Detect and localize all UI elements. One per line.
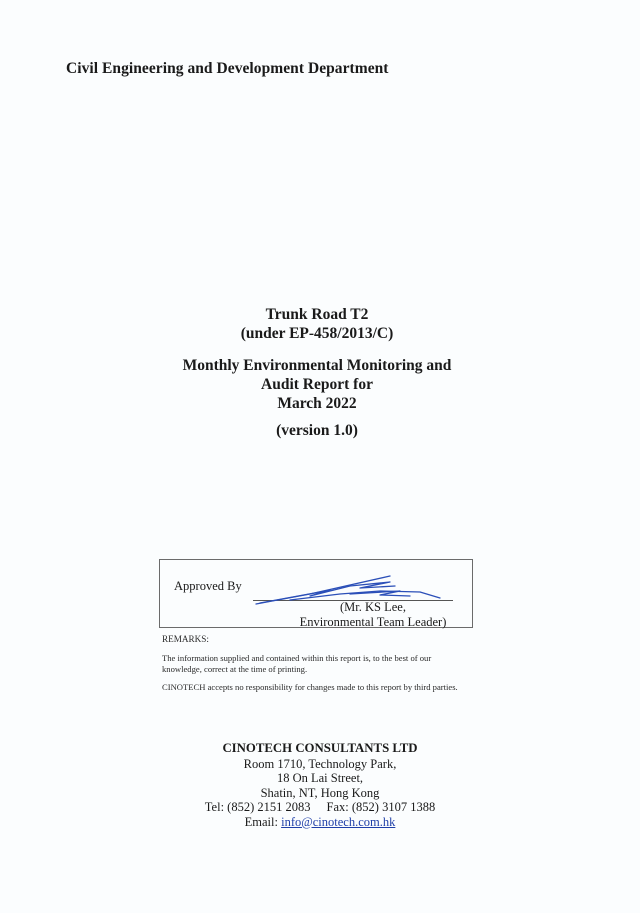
- project-ep-reference: (under EP-458/2013/C): [0, 324, 634, 343]
- approved-by-label: Approved By: [174, 579, 242, 594]
- signatory-name: (Mr. KS Lee,: [253, 600, 493, 615]
- report-title-line-2: Audit Report for: [0, 375, 634, 394]
- remarks-line: The information supplied and contained w…: [162, 653, 431, 663]
- email-line: Email: info@cinotech.com.hk: [0, 815, 640, 830]
- project-title: Trunk Road T2 (under EP-458/2013/C): [0, 305, 634, 343]
- remarks-paragraph-2: CINOTECH accepts no responsibility for c…: [162, 682, 458, 693]
- department-heading: Civil Engineering and Development Depart…: [66, 60, 389, 78]
- signatory: (Mr. KS Lee, Environmental Team Leader): [253, 600, 493, 630]
- project-name: Trunk Road T2: [0, 305, 634, 324]
- approval-box: Approved By (Mr. KS Lee, Environmental T…: [159, 559, 473, 628]
- company-contact: CINOTECH CONSULTANTS LTD Room 1710, Tech…: [0, 741, 640, 829]
- company-name: CINOTECH CONSULTANTS LTD: [0, 741, 640, 756]
- report-version: (version 1.0): [0, 421, 634, 440]
- report-title-line-1: Monthly Environmental Monitoring and: [0, 356, 634, 375]
- email-link[interactable]: info@cinotech.com.hk: [281, 815, 395, 829]
- fax: Fax: (852) 3107 1388: [327, 800, 436, 814]
- address-line-3: Shatin, NT, Hong Kong: [0, 786, 640, 801]
- report-title: Monthly Environmental Monitoring and Aud…: [0, 356, 634, 413]
- email-label: Email:: [245, 815, 281, 829]
- address-line-1: Room 1710, Technology Park,: [0, 757, 640, 772]
- telephone: Tel: (852) 2151 2083: [205, 800, 311, 814]
- remarks-line: knowledge, correct at the time of printi…: [162, 664, 307, 674]
- remarks-section: REMARKS: The information supplied and co…: [162, 634, 458, 700]
- report-period: March 2022: [0, 394, 634, 413]
- remarks-paragraph-1: The information supplied and contained w…: [162, 653, 458, 675]
- remarks-heading: REMARKS:: [162, 634, 458, 645]
- phone-fax-line: Tel: (852) 2151 2083Fax: (852) 3107 1388: [0, 800, 640, 815]
- address-line-2: 18 On Lai Street,: [0, 771, 640, 786]
- signatory-role: Environmental Team Leader): [253, 615, 493, 630]
